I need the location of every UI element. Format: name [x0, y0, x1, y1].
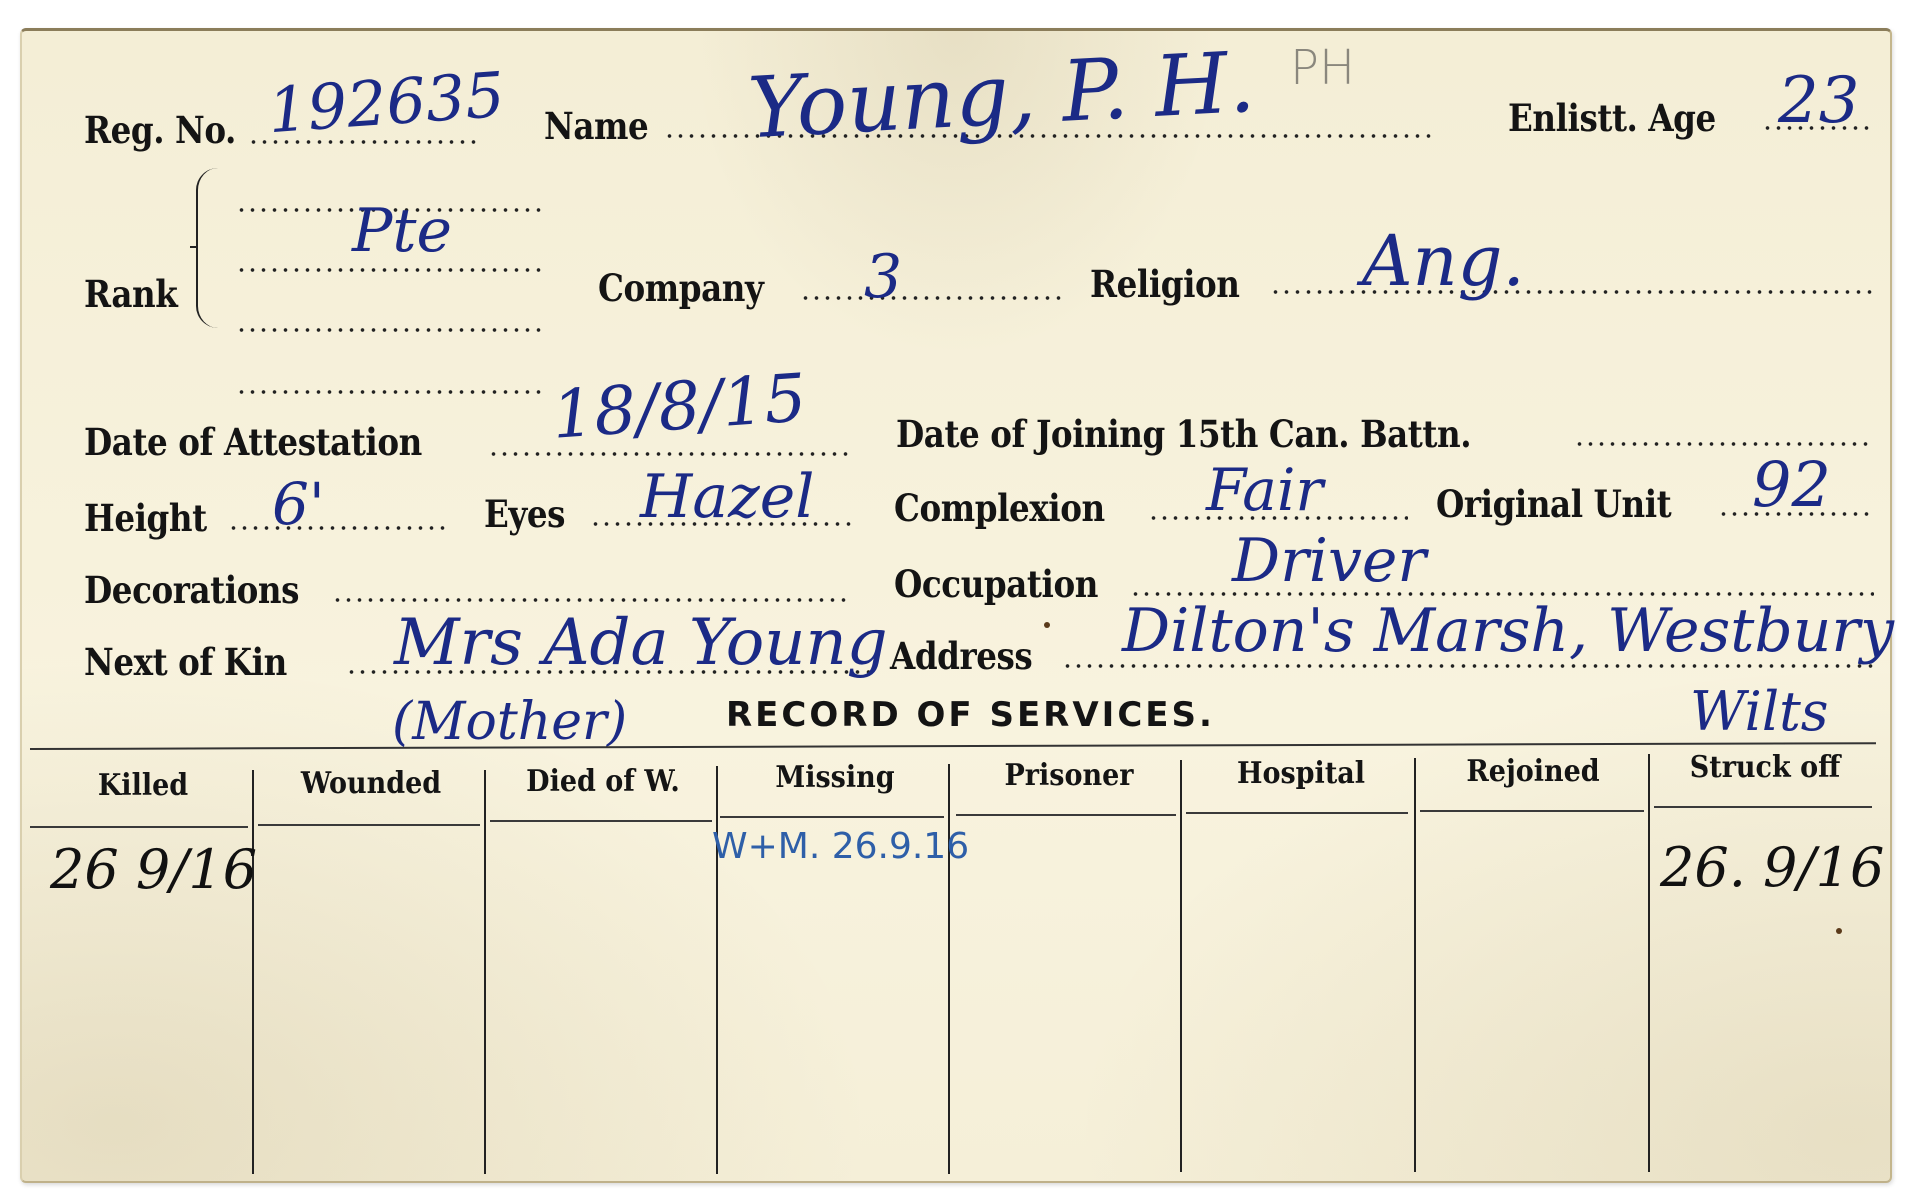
date-of-attestation-dotted-line: [488, 452, 850, 456]
next-of-kin-label: Next of Kin: [84, 640, 287, 684]
eyes-label: Eyes: [484, 492, 565, 536]
name-pencil-annotation: PH: [1290, 40, 1355, 96]
column-divider: [484, 770, 486, 1174]
column-header-died-of-wounds: Died of W.: [501, 764, 704, 799]
decorations-dotted-line: [332, 598, 852, 602]
complexion-label: Complexion: [894, 486, 1105, 530]
religion-dotted-line: [1270, 290, 1874, 294]
address-label: Address: [890, 634, 1032, 678]
cell-missing: W+M. 26.9.16: [712, 826, 969, 867]
rank-label: Rank: [84, 272, 177, 316]
rank-dotted-line-4: [236, 390, 546, 394]
company-label: Company: [598, 266, 763, 310]
cell-killed: 26 9/16: [50, 838, 257, 901]
reg-no-label: Reg. No.: [84, 108, 236, 152]
column-header-missing: Missing: [733, 760, 936, 795]
company-dotted-line: [800, 296, 1064, 300]
religion-label: Religion: [1090, 262, 1240, 306]
religion-value: Ang.: [1362, 220, 1525, 302]
cell-struck-off: 26. 9/16: [1660, 836, 1884, 899]
rank-dotted-line-2: [236, 268, 546, 272]
header-underline: [956, 814, 1176, 816]
column-header-hospital: Hospital: [1199, 756, 1402, 791]
column-header-killed: Killed: [41, 768, 244, 803]
column-divider: [1414, 758, 1416, 1172]
column-divider: [1180, 760, 1182, 1172]
rank-brace: [196, 168, 218, 328]
ink-blot: [1044, 622, 1050, 628]
name-label: Name: [544, 104, 648, 148]
original-unit-value: 92: [1752, 448, 1831, 521]
height-dotted-line: [228, 526, 450, 530]
column-header-prisoner: Prisoner: [967, 758, 1170, 793]
enlistment-age-value: 23: [1778, 64, 1859, 138]
occupation-value: Driver: [1232, 526, 1426, 596]
original-unit-label: Original Unit: [1436, 482, 1671, 526]
ink-spot: [1836, 928, 1842, 934]
rank-value: Pte: [352, 196, 452, 266]
address-value-line-2: Wilts: [1690, 680, 1829, 743]
record-of-services-title: RECORD OF SERVICES.: [726, 695, 1215, 735]
header-underline: [1654, 806, 1872, 808]
column-header-wounded: Wounded: [269, 766, 472, 801]
header-underline: [1186, 812, 1408, 814]
column-header-rejoined: Rejoined: [1431, 754, 1634, 789]
header-underline: [258, 824, 480, 826]
decorations-label: Decorations: [84, 568, 299, 612]
height-label: Height: [84, 496, 207, 540]
date-of-joining-dotted-line: [1574, 442, 1874, 446]
date-of-joining-label: Date of Joining 15th Can. Battn.: [896, 412, 1471, 456]
complexion-value: Fair: [1206, 456, 1323, 524]
occupation-label: Occupation: [894, 562, 1098, 606]
next-of-kin-relation: (Mother): [392, 692, 627, 752]
header-underline: [720, 816, 944, 818]
column-header-struck-off: Struck off: [1663, 750, 1866, 785]
header-underline: [30, 826, 248, 828]
company-value: 3: [864, 242, 902, 312]
rank-brace-tip: [190, 246, 198, 248]
header-underline: [490, 820, 712, 822]
height-value: 6': [272, 470, 325, 538]
address-value: Dilton's Marsh, Westbury: [1122, 596, 1894, 666]
column-divider: [252, 770, 254, 1174]
eyes-value: Hazel: [640, 462, 814, 532]
column-divider: [1648, 754, 1650, 1172]
date-of-attestation-label: Date of Attestation: [84, 420, 422, 464]
header-underline: [1420, 810, 1644, 812]
enlistment-age-label: Enlistt. Age: [1508, 96, 1716, 140]
rank-dotted-line-3: [236, 328, 546, 332]
next-of-kin-value: Mrs Ada Young: [394, 606, 888, 680]
